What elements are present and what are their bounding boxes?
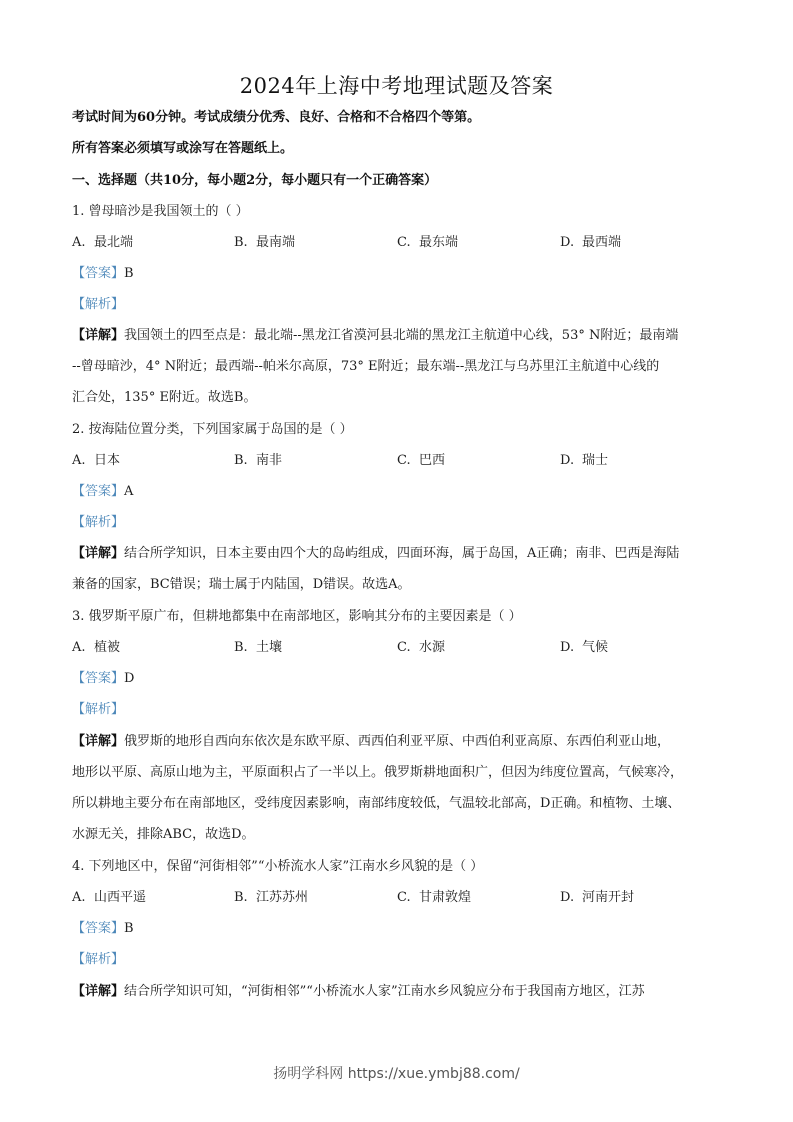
question-1-stem: 1. 曾母暗沙是我国领土的（ ） (72, 204, 732, 220)
question-2-options: A.日本 B.南非 C.巴西 D.瑞士 (72, 453, 732, 469)
answer-label: 【答案】 (72, 484, 124, 499)
section-heading: 一、选择题（共10分，每小题2分，每小题只有一个正确答案） (72, 173, 732, 189)
option-letter: D. (560, 640, 582, 656)
option-letter: B. (234, 453, 256, 469)
option-letter: A. (72, 235, 94, 251)
option-b: B.南非 (234, 453, 282, 469)
option-d: D.气候 (560, 640, 608, 656)
option-c: C.水源 (397, 640, 445, 656)
detail-text: 俄罗斯的地形自西向东依次是东欧平原、西西伯利亚平原、中西伯利亚高原、东西伯利亚山… (124, 734, 670, 749)
question-4-options: A.山西平遥 B.江苏苏州 C.甘肃敦煌 D.河南开封 (72, 890, 732, 906)
question-1-analysis: 【解析】 (72, 297, 732, 313)
option-letter: A. (72, 640, 94, 656)
question-2-detail-line-1: 【详解】结合所学知识，日本主要由四个大的岛屿组成，四面环海，属于岛国，A正确；南… (72, 546, 732, 562)
question-1-answer: 【答案】B (72, 266, 732, 282)
option-text: 瑞士 (582, 453, 608, 468)
option-text: 山西平遥 (94, 890, 146, 905)
option-text: 甘肃敦煌 (419, 890, 471, 905)
answer-value: B (124, 921, 134, 936)
option-text: 最东端 (419, 235, 458, 250)
question-1-detail-line-3: 汇合处，135° E附近。故选B。 (72, 390, 732, 406)
analysis-label: 【解析】 (72, 952, 124, 967)
option-letter: C. (397, 453, 419, 469)
question-3-analysis: 【解析】 (72, 702, 732, 718)
answer-label: 【答案】 (72, 671, 124, 686)
question-2-answer: 【答案】A (72, 484, 732, 500)
option-a: A.最北端 (72, 235, 133, 251)
detail-label: 【详解】 (72, 546, 124, 561)
question-3-stem: 3. 俄罗斯平原广布，但耕地都集中在南部地区，影响其分布的主要因素是（ ） (72, 609, 732, 625)
option-text: 最南端 (256, 235, 295, 250)
question-4-stem: 4. 下列地区中，保留“河街相邻”“小桥流水人家”江南水乡风貌的是（ ） (72, 859, 732, 875)
question-4-analysis: 【解析】 (72, 952, 732, 968)
option-b: B.江苏苏州 (234, 890, 308, 906)
answer-value: D (124, 671, 134, 686)
detail-text: 我国领土的四至点是：最北端--黑龙江省漠河县北端的黑龙江主航道中心线，53° N… (124, 328, 678, 343)
question-4-detail-line-1: 【详解】结合所学知识可知，“河街相邻”“小桥流水人家”江南水乡风貌应分布于我国南… (72, 984, 732, 1000)
option-b: B.最南端 (234, 235, 295, 251)
option-c: C.最东端 (397, 235, 458, 251)
question-3-detail-line-4: 水源无关，排除ABC，故选D。 (72, 827, 732, 843)
option-d: D.河南开封 (560, 890, 634, 906)
option-letter: B. (234, 640, 256, 656)
detail-label: 【详解】 (72, 984, 124, 999)
option-text: 巴西 (419, 453, 445, 468)
option-text: 气候 (582, 640, 608, 655)
question-4-answer: 【答案】B (72, 921, 732, 937)
analysis-label: 【解析】 (72, 515, 124, 530)
option-text: 最西端 (582, 235, 621, 250)
option-text: 南非 (256, 453, 282, 468)
option-text: 水源 (419, 640, 445, 655)
question-3-detail-line-3: 所以耕地主要分布在南部地区，受纬度因素影响，南部纬度较低，气温较北部高，D正确。… (72, 796, 732, 812)
question-1-detail-line-1: 【详解】我国领土的四至点是：最北端--黑龙江省漠河县北端的黑龙江主航道中心线，5… (72, 328, 732, 344)
option-c: C.甘肃敦煌 (397, 890, 471, 906)
option-text: 植被 (94, 640, 120, 655)
option-b: B.土壤 (234, 640, 282, 656)
answer-label: 【答案】 (72, 921, 124, 936)
option-d: D.瑞士 (560, 453, 608, 469)
option-c: C.巴西 (397, 453, 445, 469)
analysis-label: 【解析】 (72, 297, 124, 312)
question-1-options: A.最北端 B.最南端 C.最东端 D.最西端 (72, 235, 732, 251)
question-3-detail-line-2: 地形以平原、高原山地为主，平原面积占了一半以上。俄罗斯耕地面积广，但因为纬度位置… (72, 765, 732, 781)
option-letter: C. (397, 890, 419, 906)
option-letter: D. (560, 890, 582, 906)
option-letter: A. (72, 890, 94, 906)
detail-label: 【详解】 (72, 734, 124, 749)
detail-text: 结合所学知识，日本主要由四个大的岛屿组成，四面环海，属于岛国，A正确；南非、巴西… (124, 546, 679, 561)
intro-line-answer-sheet: 所有答案必须填写或涂写在答题纸上。 (72, 141, 732, 157)
detail-label: 【详解】 (72, 328, 124, 343)
analysis-label: 【解析】 (72, 702, 124, 717)
intro-line-time: 考试时间为60分钟。考试成绩分优秀、良好、合格和不合格四个等第。 (72, 110, 732, 126)
option-text: 土壤 (256, 640, 282, 655)
question-2-stem: 2. 按海陆位置分类，下列国家属于岛国的是（ ） (72, 422, 732, 438)
question-3-answer: 【答案】D (72, 671, 732, 687)
answer-label: 【答案】 (72, 266, 124, 281)
question-2-detail-line-2: 兼备的国家，BC错误；瑞士属于内陆国，D错误。故选A。 (72, 577, 732, 593)
option-a: A.植被 (72, 640, 120, 656)
detail-text: 结合所学知识可知，“河街相邻”“小桥流水人家”江南水乡风貌应分布于我国南方地区，… (124, 984, 645, 999)
question-3-detail-line-1: 【详解】俄罗斯的地形自西向东依次是东欧平原、西西伯利亚平原、中西伯利亚高原、东西… (72, 734, 732, 750)
option-text: 江苏苏州 (256, 890, 308, 905)
option-letter: A. (72, 453, 94, 469)
footer-watermark: 扬明学科网 https://xue.ymbj88.com/ (0, 1063, 793, 1083)
option-letter: C. (397, 235, 419, 251)
option-a: A.日本 (72, 453, 120, 469)
option-text: 日本 (94, 453, 120, 468)
answer-value: A (124, 484, 133, 499)
option-letter: B. (234, 235, 256, 251)
option-text: 最北端 (94, 235, 133, 250)
question-1-detail-line-2: --曾母暗沙，4° N附近；最西端--帕米尔高原，73° E附近；最东端--黑龙… (72, 359, 732, 375)
document-page: 2024年上海中考地理试题及答案 考试时间为60分钟。考试成绩分优秀、良好、合格… (0, 0, 793, 1122)
option-a: A.山西平遥 (72, 890, 146, 906)
question-3-options: A.植被 B.土壤 C.水源 D.气候 (72, 640, 732, 656)
answer-value: B (124, 266, 134, 281)
option-d: D.最西端 (560, 235, 621, 251)
option-text: 河南开封 (582, 890, 634, 905)
question-2-analysis: 【解析】 (72, 515, 732, 531)
option-letter: D. (560, 235, 582, 251)
option-letter: C. (397, 640, 419, 656)
option-letter: D. (560, 453, 582, 469)
document-title: 2024年上海中考地理试题及答案 (0, 70, 793, 100)
option-letter: B. (234, 890, 256, 906)
